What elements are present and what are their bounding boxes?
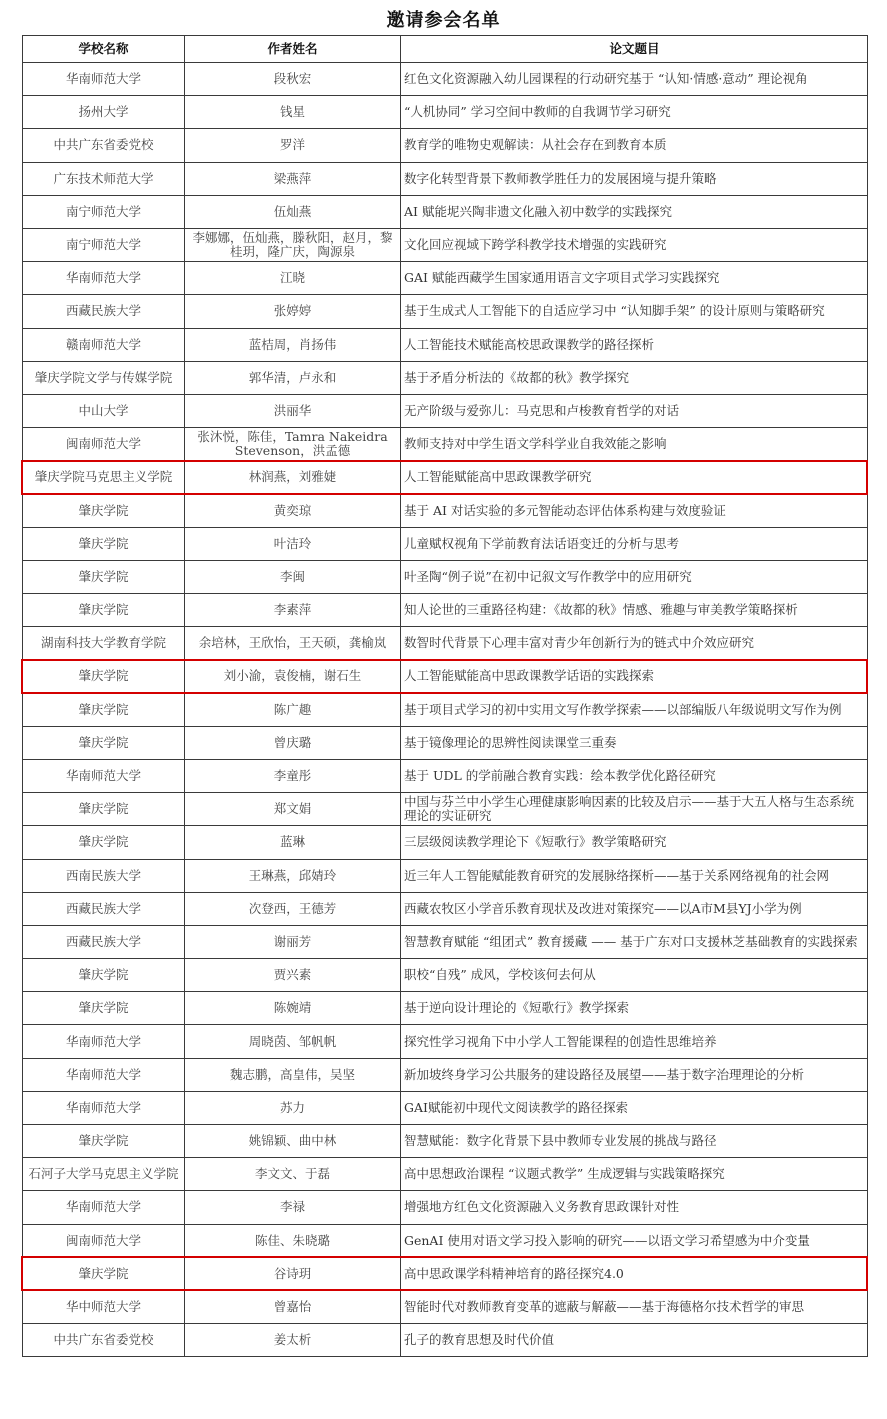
authors-cell: 叶洁玲 (185, 527, 401, 560)
paper-title-cell: 高中思想政治课程 “议题式教学” 生成逻辑与实践策略探究 (401, 1158, 868, 1191)
table-row: 西藏民族大学张婷婷基于生成式人工智能下的自适应学习中 “认知脚手架” 的设计原则… (23, 295, 868, 328)
paper-title-cell: 探究性学习视角下中小学人工智能课程的创造性思维培养 (401, 1025, 868, 1058)
authors-cell: 郭华清，卢永和 (185, 361, 401, 394)
authors-cell: 谢丽芳 (185, 925, 401, 958)
table-row: 肇庆学院姚锦颖、曲中林智慧赋能：数字化背景下县中教师专业发展的挑战与路径 (23, 1125, 868, 1158)
table-row: 西南民族大学王琳燕，邱婧玲近三年人工智能赋能教育研究的发展脉络探析——基于关系网… (23, 859, 868, 892)
school-cell: 南宁师范大学 (23, 228, 185, 261)
table-header-row: 学校名称 作者姓名 论文题目 (23, 36, 868, 63)
authors-cell: 蓝桔周，肖扬伟 (185, 328, 401, 361)
paper-title-cell: GAI 赋能西藏学生国家通用语言文字项目式学习实践探究 (401, 262, 868, 295)
paper-title-cell: 新加坡终身学习公共服务的建设路径及展望——基于数字治理理论的分析 (401, 1058, 868, 1091)
paper-title-cell: 人工智能赋能高中思政课教学研究 (401, 461, 868, 494)
authors-cell: 李闽 (185, 560, 401, 593)
school-cell: 湖南科技大学教育学院 (23, 627, 185, 660)
authors-cell: 陈佳、朱晓璐 (185, 1224, 401, 1257)
authors-cell: 谷诗玥 (185, 1257, 401, 1290)
authors-cell: 贾兴素 (185, 959, 401, 992)
table-row: 华南师范大学李禄增强地方红色文化资源融入义务教育思政课针对性 (23, 1191, 868, 1224)
authors-cell: 苏力 (185, 1091, 401, 1124)
school-cell: 闽南师范大学 (23, 1224, 185, 1257)
authors-cell: 林润燕，刘雅婕 (185, 461, 401, 494)
school-cell: 肇庆学院 (23, 1257, 185, 1290)
table-body: 华南师范大学段秋宏红色文化资源融入幼儿园课程的行动研究基于 “认知·情感·意动”… (23, 63, 868, 1357)
table-row: 肇庆学院陈婉靖基于逆向设计理论的《短歌行》教学探索 (23, 992, 868, 1025)
school-cell: 华南师范大学 (23, 63, 185, 96)
table-row: 肇庆学院黄奕琼基于 AI 对话实验的多元智能动态评估体系构建与效度验证 (23, 494, 868, 527)
school-cell: 肇庆学院 (23, 527, 185, 560)
authors-cell: 曾嘉怡 (185, 1290, 401, 1323)
paper-title-cell: 中国与芬兰中小学生心理健康影响因素的比较及启示——基于大五人格与生态系统理论的实… (401, 793, 868, 826)
paper-title-cell: 教师支持对中学生语文学科学业自我效能之影响 (401, 428, 868, 461)
school-cell: 肇庆学院 (23, 660, 185, 693)
authors-cell: 姚锦颖、曲中林 (185, 1125, 401, 1158)
authors-cell: 王琳燕，邱婧玲 (185, 859, 401, 892)
paper-title-cell: 数字化转型背景下教师教学胜任力的发展困境与提升策略 (401, 162, 868, 195)
table-row: 湖南科技大学教育学院余培林，王欣怡，王天硕，龚榆岚数智时代背景下心理丰富对青少年… (23, 627, 868, 660)
paper-title-cell: 智慧教育赋能 “组团式” 教育援藏 —— 基于广东对口支援林芝基础教育的实践探索 (401, 925, 868, 958)
paper-title-cell: 三层级阅读教学理论下《短歌行》教学策略研究 (401, 826, 868, 859)
paper-title-cell: 孔子的教育思想及时代价值 (401, 1324, 868, 1357)
school-cell: 西藏民族大学 (23, 892, 185, 925)
school-cell: 闽南师范大学 (23, 428, 185, 461)
table-row-highlighted: 肇庆学院马克思主义学院林润燕，刘雅婕人工智能赋能高中思政课教学研究 (23, 461, 868, 494)
authors-cell: 罗洋 (185, 129, 401, 162)
authors-cell: 李娜娜，伍灿燕，滕秋阳，赵月，黎桂玥，隆广庆，陶源泉 (185, 228, 401, 261)
authors-cell: 蓝琳 (185, 826, 401, 859)
authors-cell: 伍灿燕 (185, 195, 401, 228)
table-row-highlighted: 肇庆学院刘小渝，袁俊楠，谢石生人工智能赋能高中思政课教学话语的实践探索 (23, 660, 868, 693)
paper-title-cell: 数智时代背景下心理丰富对青少年创新行为的链式中介效应研究 (401, 627, 868, 660)
school-cell: 肇庆学院 (23, 594, 185, 627)
table-row: 华南师范大学段秋宏红色文化资源融入幼儿园课程的行动研究基于 “认知·情感·意动”… (23, 63, 868, 96)
table-row: 肇庆学院陈广趣基于项目式学习的初中实用文写作教学探索——以部编版八年级说明文写作… (23, 693, 868, 726)
table-row: 中共广东省委党校姜太析孔子的教育思想及时代价值 (23, 1324, 868, 1357)
authors-cell: 黄奕琼 (185, 494, 401, 527)
table-row: 肇庆学院文学与传媒学院郭华清，卢永和基于矛盾分析法的《故都的秋》教学探究 (23, 361, 868, 394)
paper-title-cell: 基于镜像理论的思辨性阅读课堂三重奏 (401, 726, 868, 759)
paper-title-cell: 基于逆向设计理论的《短歌行》教学探索 (401, 992, 868, 1025)
table-row: 南宁师范大学李娜娜，伍灿燕，滕秋阳，赵月，黎桂玥，隆广庆，陶源泉文化回应视域下跨… (23, 228, 868, 261)
paper-title-cell: GAI赋能初中现代文阅读教学的路径探索 (401, 1091, 868, 1124)
authors-cell: 次登西，王德芳 (185, 892, 401, 925)
table-row: 西藏民族大学次登西，王德芳西藏农牧区小学音乐教育现状及改进对策探究——以A市M县… (23, 892, 868, 925)
invitation-table: 学校名称 作者姓名 论文题目 华南师范大学段秋宏红色文化资源融入幼儿园课程的行动… (22, 35, 868, 1357)
table-row: 广东技术师范大学梁燕萍数字化转型背景下教师教学胜任力的发展困境与提升策略 (23, 162, 868, 195)
authors-cell: 刘小渝，袁俊楠，谢石生 (185, 660, 401, 693)
authors-cell: 姜太析 (185, 1324, 401, 1357)
table-row: 中山大学洪丽华无产阶级与爱弥儿：马克思和卢梭教育哲学的对话 (23, 394, 868, 427)
school-cell: 肇庆学院文学与传媒学院 (23, 361, 185, 394)
school-cell: 华南师范大学 (23, 1025, 185, 1058)
authors-cell: 段秋宏 (185, 63, 401, 96)
paper-title-cell: 教育学的唯物史观解读：从社会存在到教育本质 (401, 129, 868, 162)
paper-title-cell: 人工智能技术赋能高校思政课教学的路径探析 (401, 328, 868, 361)
table-row: 闽南师范大学陈佳、朱晓璐GenAI 使用对语文学习投入影响的研究——以语文学习希… (23, 1224, 868, 1257)
authors-cell: 陈婉靖 (185, 992, 401, 1025)
paper-title-cell: 基于 UDL 的学前融合教育实践：绘本教学优化路径研究 (401, 759, 868, 792)
school-cell: 中山大学 (23, 394, 185, 427)
school-cell: 肇庆学院 (23, 959, 185, 992)
school-cell: 华南师范大学 (23, 1058, 185, 1091)
school-cell: 华南师范大学 (23, 1091, 185, 1124)
table-row: 肇庆学院郑文娟中国与芬兰中小学生心理健康影响因素的比较及启示——基于大五人格与生… (23, 793, 868, 826)
school-cell: 石河子大学马克思主义学院 (23, 1158, 185, 1191)
authors-cell: 郑文娟 (185, 793, 401, 826)
school-cell: 肇庆学院 (23, 494, 185, 527)
paper-title-cell: 智慧赋能：数字化背景下县中教师专业发展的挑战与路径 (401, 1125, 868, 1158)
paper-title-cell: 知人论世的三重路径构建：《故都的秋》情感、雅趣与审美教学策略探析 (401, 594, 868, 627)
paper-title-cell: 叶圣陶“例子说”在初中记叙文写作教学中的应用研究 (401, 560, 868, 593)
authors-cell: 江晓 (185, 262, 401, 295)
school-cell: 广东技术师范大学 (23, 162, 185, 195)
authors-cell: 张婷婷 (185, 295, 401, 328)
paper-title-cell: 儿童赋权视角下学前教育法话语变迁的分析与思考 (401, 527, 868, 560)
paper-title-cell: 基于生成式人工智能下的自适应学习中 “认知脚手架” 的设计原则与策略研究 (401, 295, 868, 328)
paper-title-cell: AI 赋能坭兴陶非遗文化融入初中数学的实践探究 (401, 195, 868, 228)
authors-cell: 李禄 (185, 1191, 401, 1224)
school-cell: 中共广东省委党校 (23, 129, 185, 162)
school-cell: 肇庆学院马克思主义学院 (23, 461, 185, 494)
school-cell: 南宁师范大学 (23, 195, 185, 228)
table-row: 华南师范大学周晓茵、邹帆帆探究性学习视角下中小学人工智能课程的创造性思维培养 (23, 1025, 868, 1058)
school-cell: 扬州大学 (23, 96, 185, 129)
authors-cell: 陈广趣 (185, 693, 401, 726)
authors-cell: 李文文、于磊 (185, 1158, 401, 1191)
document-title: 邀请参会名单 (0, 6, 887, 32)
table-row: 华中师范大学曾嘉怡智能时代对教师教育变革的遮蔽与解蔽——基于海德格尔技术哲学的审… (23, 1290, 868, 1323)
authors-cell: 周晓茵、邹帆帆 (185, 1025, 401, 1058)
table-row: 石河子大学马克思主义学院李文文、于磊高中思想政治课程 “议题式教学” 生成逻辑与… (23, 1158, 868, 1191)
authors-cell: 李童彤 (185, 759, 401, 792)
table-row: 肇庆学院叶洁玲儿童赋权视角下学前教育法话语变迁的分析与思考 (23, 527, 868, 560)
column-header-authors: 作者姓名 (185, 36, 401, 63)
authors-cell: 钱星 (185, 96, 401, 129)
authors-cell: 余培林，王欣怡，王天硕，龚榆岚 (185, 627, 401, 660)
table-row: 肇庆学院李素萍知人论世的三重路径构建：《故都的秋》情感、雅趣与审美教学策略探析 (23, 594, 868, 627)
paper-title-cell: 职校“自残” 成风，学校该何去何从 (401, 959, 868, 992)
paper-title-cell: 红色文化资源融入幼儿园课程的行动研究基于 “认知·情感·意动” 理论视角 (401, 63, 868, 96)
paper-title-cell: 西藏农牧区小学音乐教育现状及改进对策探究——以A市M县YJ小学为例 (401, 892, 868, 925)
table-row: 扬州大学钱星“人机协同” 学习空间中教师的自我调节学习研究 (23, 96, 868, 129)
authors-cell: 梁燕萍 (185, 162, 401, 195)
school-cell: 中共广东省委党校 (23, 1324, 185, 1357)
table-row: 华南师范大学江晓GAI 赋能西藏学生国家通用语言文字项目式学习实践探究 (23, 262, 868, 295)
school-cell: 西南民族大学 (23, 859, 185, 892)
school-cell: 肇庆学院 (23, 693, 185, 726)
table-row: 肇庆学院李闽叶圣陶“例子说”在初中记叙文写作教学中的应用研究 (23, 560, 868, 593)
authors-cell: 张沐悦，陈佳，Tamra Nakeidra Stevenson，洪孟德 (185, 428, 401, 461)
column-header-paper-title: 论文题目 (401, 36, 868, 63)
table-row-highlighted: 肇庆学院谷诗玥高中思政课学科精神培育的路径探究4.0 (23, 1257, 868, 1290)
school-cell: 华南师范大学 (23, 262, 185, 295)
table-row: 肇庆学院蓝琳三层级阅读教学理论下《短歌行》教学策略研究 (23, 826, 868, 859)
table-row: 南宁师范大学伍灿燕AI 赋能坭兴陶非遗文化融入初中数学的实践探究 (23, 195, 868, 228)
paper-title-cell: 基于矛盾分析法的《故都的秋》教学探究 (401, 361, 868, 394)
paper-title-cell: GenAI 使用对语文学习投入影响的研究——以语文学习希望感为中介变量 (401, 1224, 868, 1257)
paper-title-cell: 智能时代对教师教育变革的遮蔽与解蔽——基于海德格尔技术哲学的审思 (401, 1290, 868, 1323)
table-row: 肇庆学院贾兴素职校“自残” 成风，学校该何去何从 (23, 959, 868, 992)
paper-title-cell: 增强地方红色文化资源融入义务教育思政课针对性 (401, 1191, 868, 1224)
authors-cell: 曾庆璐 (185, 726, 401, 759)
school-cell: 肇庆学院 (23, 826, 185, 859)
authors-cell: 洪丽华 (185, 394, 401, 427)
paper-title-cell: 文化回应视域下跨学科教学技术增强的实践研究 (401, 228, 868, 261)
paper-title-cell: “人机协同” 学习空间中教师的自我调节学习研究 (401, 96, 868, 129)
table-row: 华南师范大学魏志鹏，高皇伟，吴坚新加坡终身学习公共服务的建设路径及展望——基于数… (23, 1058, 868, 1091)
paper-title-cell: 无产阶级与爱弥儿：马克思和卢梭教育哲学的对话 (401, 394, 868, 427)
paper-title-cell: 基于项目式学习的初中实用文写作教学探索——以部编版八年级说明文写作为例 (401, 693, 868, 726)
paper-title-cell: 人工智能赋能高中思政课教学话语的实践探索 (401, 660, 868, 693)
authors-cell: 魏志鹏，高皇伟，吴坚 (185, 1058, 401, 1091)
school-cell: 肇庆学院 (23, 560, 185, 593)
school-cell: 西藏民族大学 (23, 295, 185, 328)
school-cell: 肇庆学院 (23, 1125, 185, 1158)
table-row: 肇庆学院曾庆璐基于镜像理论的思辨性阅读课堂三重奏 (23, 726, 868, 759)
school-cell: 肇庆学院 (23, 726, 185, 759)
school-cell: 肇庆学院 (23, 793, 185, 826)
table-row: 华南师范大学李童彤基于 UDL 的学前融合教育实践：绘本教学优化路径研究 (23, 759, 868, 792)
school-cell: 华中师范大学 (23, 1290, 185, 1323)
paper-title-cell: 高中思政课学科精神培育的路径探究4.0 (401, 1257, 868, 1290)
school-cell: 华南师范大学 (23, 759, 185, 792)
school-cell: 赣南师范大学 (23, 328, 185, 361)
column-header-school: 学校名称 (23, 36, 185, 63)
table-row: 西藏民族大学谢丽芳智慧教育赋能 “组团式” 教育援藏 —— 基于广东对口支援林芝… (23, 925, 868, 958)
table-row: 赣南师范大学蓝桔周，肖扬伟人工智能技术赋能高校思政课教学的路径探析 (23, 328, 868, 361)
school-cell: 华南师范大学 (23, 1191, 185, 1224)
table-row: 华南师范大学苏力GAI赋能初中现代文阅读教学的路径探索 (23, 1091, 868, 1124)
school-cell: 肇庆学院 (23, 992, 185, 1025)
table-row: 闽南师范大学张沐悦，陈佳，Tamra Nakeidra Stevenson，洪孟… (23, 428, 868, 461)
authors-cell: 李素萍 (185, 594, 401, 627)
table-row: 中共广东省委党校罗洋教育学的唯物史观解读：从社会存在到教育本质 (23, 129, 868, 162)
paper-title-cell: 近三年人工智能赋能教育研究的发展脉络探析——基于关系网络视角的社会网 (401, 859, 868, 892)
school-cell: 西藏民族大学 (23, 925, 185, 958)
paper-title-cell: 基于 AI 对话实验的多元智能动态评估体系构建与效度验证 (401, 494, 868, 527)
